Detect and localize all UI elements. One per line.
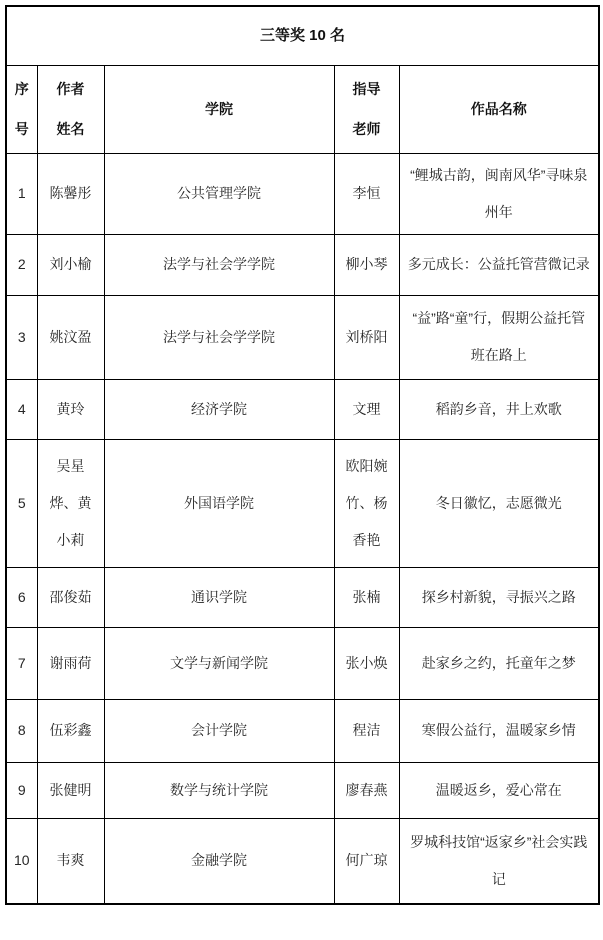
teacher-cell: 文理: [334, 379, 399, 439]
document-page: 三等奖 10 名 序 号 作者 姓名 学院 指导 老师 作品名称 1 陈馨彤 公…: [0, 0, 603, 940]
author-cell: 陈馨彤: [37, 153, 104, 234]
col-header-teacher: 指导 老师: [334, 65, 399, 153]
table-row: 8 伍彩鑫 会计学院 程洁 寒假公益行，温暖家乡情: [6, 699, 599, 762]
college-cell: 法学与社会学学院: [104, 295, 334, 379]
author-cell: 韦爽: [37, 818, 104, 904]
teacher-cell: 张小焕: [334, 627, 399, 699]
teacher-cell: 欧阳婉竹、杨香艳: [334, 439, 399, 567]
row-no-cell: 1: [6, 153, 37, 234]
author-cell: 刘小榆: [37, 234, 104, 295]
work-title-cell: “鲤城古韵，闽南风华”寻味泉州年: [399, 153, 599, 234]
col-header-author: 作者 姓名: [37, 65, 104, 153]
col-header-teacher-line2: 老师: [341, 109, 393, 149]
col-header-work: 作品名称: [399, 65, 599, 153]
table-title-row: 三等奖 10 名: [6, 6, 599, 65]
row-no-cell: 5: [6, 439, 37, 567]
table-row: 3 姚汶盈 法学与社会学学院 刘桥阳 “益”路“童”行，假期公益托管班在路上: [6, 295, 599, 379]
row-no-cell: 8: [6, 699, 37, 762]
college-cell: 会计学院: [104, 699, 334, 762]
col-header-author-line2: 姓名: [44, 109, 98, 149]
author-cell: 伍彩鑫: [37, 699, 104, 762]
work-title-cell: “益”路“童”行，假期公益托管班在路上: [399, 295, 599, 379]
table-title: 三等奖 10 名: [6, 6, 599, 65]
row-no-cell: 2: [6, 234, 37, 295]
col-header-no-line2: 号: [13, 109, 31, 149]
table-row: 9 张健明 数学与统计学院 廖春燕 温暖返乡，爱心常在: [6, 762, 599, 818]
teacher-cell: 李恒: [334, 153, 399, 234]
col-header-no-line1: 序: [13, 69, 31, 109]
college-cell: 经济学院: [104, 379, 334, 439]
row-no-cell: 3: [6, 295, 37, 379]
teacher-cell: 廖春燕: [334, 762, 399, 818]
row-no-cell: 10: [6, 818, 37, 904]
work-title-cell: 多元成长：公益托管营微记录: [399, 234, 599, 295]
teacher-cell: 何广琼: [334, 818, 399, 904]
table-row: 4 黄玲 经济学院 文理 稻韵乡音，井上欢歌: [6, 379, 599, 439]
col-header-college: 学院: [104, 65, 334, 153]
table-row: 7 谢雨荷 文学与新闻学院 张小焕 赴家乡之约，托童年之梦: [6, 627, 599, 699]
table-row: 5 吴星烨、黄小莉 外国语学院 欧阳婉竹、杨香艳 冬日徽忆，志愿微光: [6, 439, 599, 567]
work-title-cell: 赴家乡之约，托童年之梦: [399, 627, 599, 699]
col-header-author-line1: 作者: [44, 69, 98, 109]
col-header-no: 序 号: [6, 65, 37, 153]
college-cell: 公共管理学院: [104, 153, 334, 234]
teacher-cell: 张楠: [334, 567, 399, 627]
college-cell: 通识学院: [104, 567, 334, 627]
college-cell: 法学与社会学学院: [104, 234, 334, 295]
work-title-cell: 罗城科技馆“返家乡”社会实践记: [399, 818, 599, 904]
teacher-cell: 柳小琴: [334, 234, 399, 295]
college-cell: 数学与统计学院: [104, 762, 334, 818]
row-no-cell: 4: [6, 379, 37, 439]
table-row: 2 刘小榆 法学与社会学学院 柳小琴 多元成长：公益托管营微记录: [6, 234, 599, 295]
author-cell: 张健明: [37, 762, 104, 818]
college-cell: 金融学院: [104, 818, 334, 904]
work-title-cell: 稻韵乡音，井上欢歌: [399, 379, 599, 439]
college-cell: 文学与新闻学院: [104, 627, 334, 699]
table-row: 6 邵俊茹 通识学院 张楠 探乡村新貌，寻振兴之路: [6, 567, 599, 627]
row-no-cell: 9: [6, 762, 37, 818]
col-header-teacher-line1: 指导: [341, 69, 393, 109]
row-no-cell: 6: [6, 567, 37, 627]
author-cell: 黄玲: [37, 379, 104, 439]
table-header-row: 序 号 作者 姓名 学院 指导 老师 作品名称: [6, 65, 599, 153]
author-cell: 邵俊茹: [37, 567, 104, 627]
work-title-cell: 寒假公益行，温暖家乡情: [399, 699, 599, 762]
author-cell: 吴星烨、黄小莉: [37, 439, 104, 567]
work-title-cell: 温暖返乡，爱心常在: [399, 762, 599, 818]
teacher-cell: 刘桥阳: [334, 295, 399, 379]
row-no-cell: 7: [6, 627, 37, 699]
work-title-cell: 冬日徽忆，志愿微光: [399, 439, 599, 567]
teacher-cell: 程洁: [334, 699, 399, 762]
work-title-cell: 探乡村新貌，寻振兴之路: [399, 567, 599, 627]
table-row: 10 韦爽 金融学院 何广琼 罗城科技馆“返家乡”社会实践记: [6, 818, 599, 904]
author-cell: 谢雨荷: [37, 627, 104, 699]
table-row: 1 陈馨彤 公共管理学院 李恒 “鲤城古韵，闽南风华”寻味泉州年: [6, 153, 599, 234]
college-cell: 外国语学院: [104, 439, 334, 567]
third-prize-table: 三等奖 10 名 序 号 作者 姓名 学院 指导 老师 作品名称 1 陈馨彤 公…: [5, 5, 600, 905]
author-cell: 姚汶盈: [37, 295, 104, 379]
